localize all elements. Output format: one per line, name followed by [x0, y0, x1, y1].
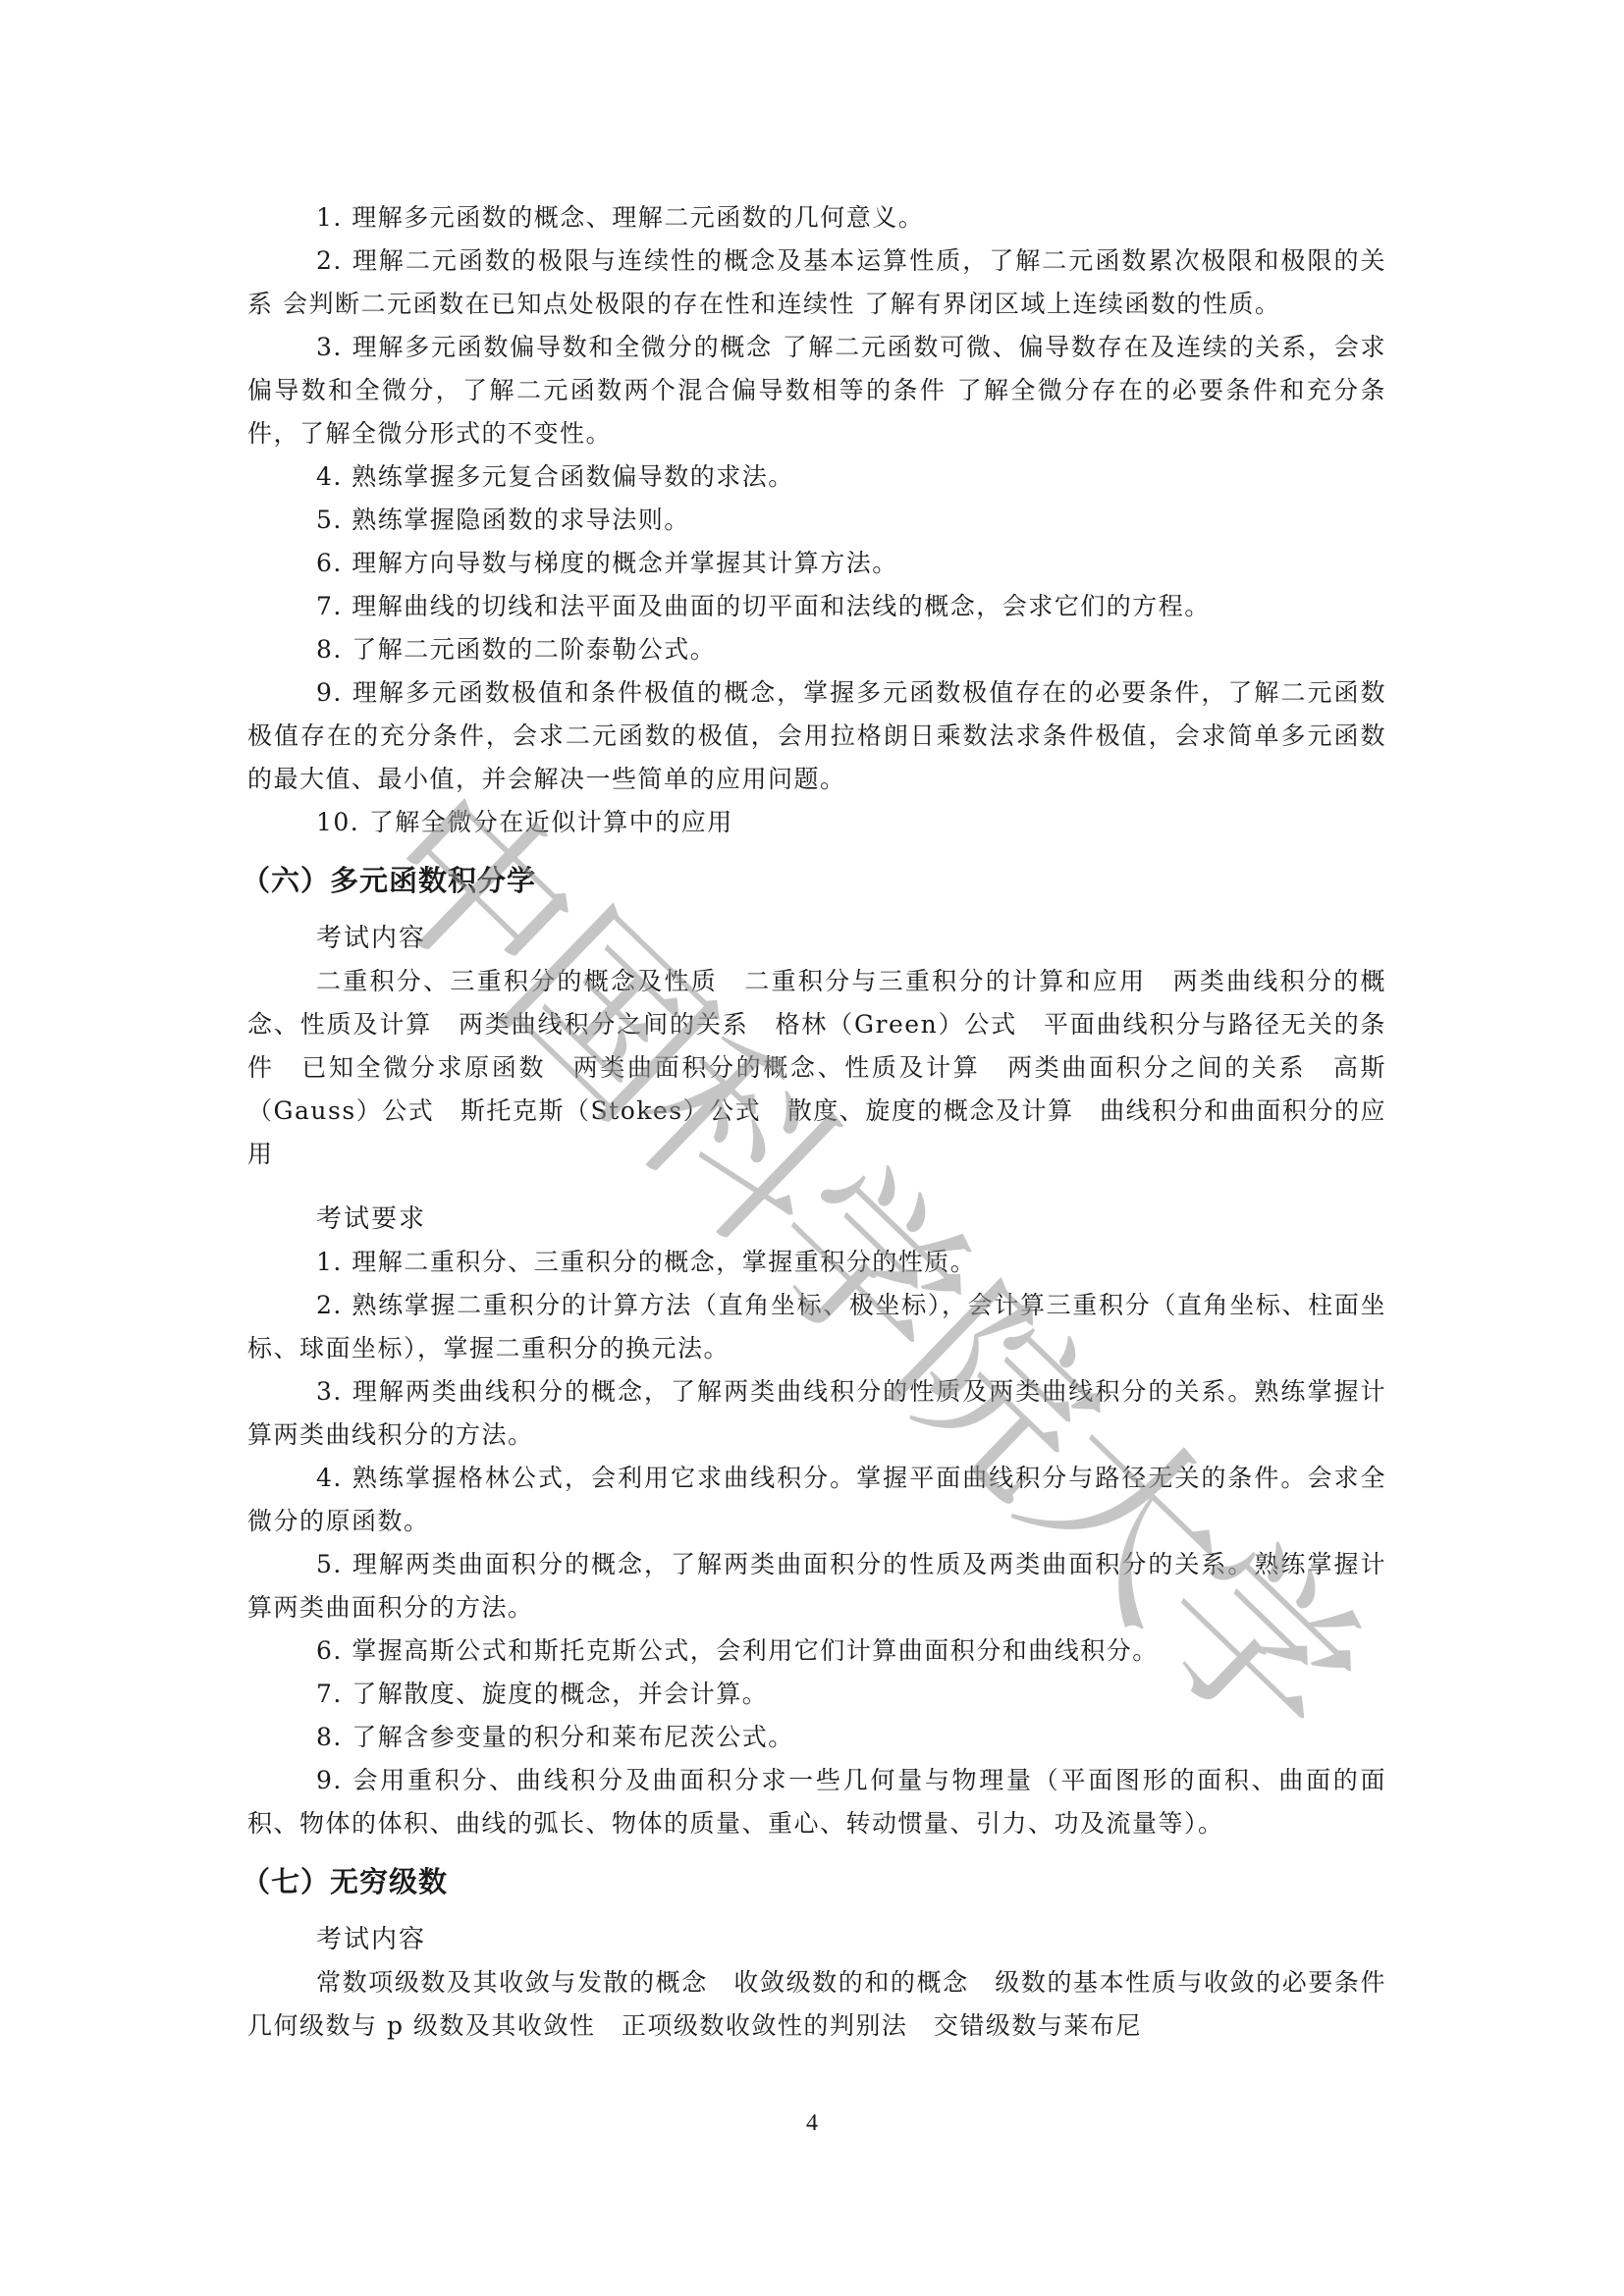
req-item-1: 1. 理解多元函数的概念、理解二元函数的几何意义。 — [247, 196, 1386, 240]
req-item-5: 5. 熟练掌握隐函数的求导法则。 — [247, 499, 1386, 542]
section-heading-7: （七）无穷级数 — [242, 1857, 1386, 1906]
exam-content-label: 考试内容 — [247, 917, 1386, 960]
req-item-7: 7. 理解曲线的切线和法平面及曲面的切平面和法线的概念，会求它们的方程。 — [247, 585, 1386, 628]
spacer — [247, 1176, 1386, 1198]
req-item-2: 2. 理解二元函数的极限与连续性的概念及基本运算性质，了解二元函数累次极限和极限… — [247, 240, 1386, 326]
req-item-6: 6. 理解方向导数与梯度的概念并掌握其计算方法。 — [247, 542, 1386, 585]
page-number: 4 — [0, 2110, 1624, 2137]
req-item-9: 9. 理解多元函数极值和条件极值的概念，掌握多元函数极值存在的必要条件，了解二元… — [247, 671, 1386, 801]
s6-req-item-7: 7. 了解散度、旋度的概念，并会计算。 — [247, 1673, 1386, 1716]
exam-content-text: 二重积分、三重积分的概念及性质 二重积分与三重积分的计算和应用 两类曲线积分的概… — [247, 960, 1386, 1176]
s6-req-item-4: 4. 熟练掌握格林公式，会利用它求曲线积分。掌握平面曲线积分与路径无关的条件。会… — [247, 1457, 1386, 1543]
s6-req-item-3: 3. 理解两类曲线积分的概念，了解两类曲线积分的性质及两类曲线积分的关系。熟练掌… — [247, 1370, 1386, 1457]
req-item-4: 4. 熟练掌握多元复合函数偏导数的求法。 — [247, 455, 1386, 499]
section-heading-6: （六）多元函数积分学 — [242, 856, 1386, 905]
document-page: 1. 理解多元函数的概念、理解二元函数的几何意义。 2. 理解二元函数的极限与连… — [247, 196, 1386, 2048]
s6-req-item-5: 5. 理解两类曲面积分的概念，了解两类曲面积分的性质及两类曲面积分的关系。熟练掌… — [247, 1543, 1386, 1629]
s6-req-item-8: 8. 了解含参变量的积分和莱布尼茨公式。 — [247, 1716, 1386, 1759]
s7-exam-content-text: 常数项级数及其收敛与发散的概念 收敛级数的和的概念 级数的基本性质与收敛的必要条… — [247, 1961, 1386, 2048]
s6-req-item-2: 2. 熟练掌握二重积分的计算方法（直角坐标、极坐标），会计算三重积分（直角坐标、… — [247, 1284, 1386, 1370]
req-item-10: 10. 了解全微分在近似计算中的应用 — [247, 801, 1386, 844]
req-item-8: 8. 了解二元函数的二阶泰勒公式。 — [247, 628, 1386, 671]
s7-exam-content-label: 考试内容 — [247, 1918, 1386, 1961]
s6-req-item-9: 9. 会用重积分、曲线积分及曲面积分求一些几何量与物理量（平面图形的面积、曲面的… — [247, 1759, 1386, 1845]
s6-req-item-6: 6. 掌握高斯公式和斯托克斯公式，会利用它们计算曲面积分和曲线积分。 — [247, 1629, 1386, 1673]
exam-requirements-label: 考试要求 — [247, 1198, 1386, 1241]
s6-req-item-1: 1. 理解二重积分、三重积分的概念，掌握重积分的性质。 — [247, 1241, 1386, 1284]
req-item-3: 3. 理解多元函数偏导数和全微分的概念 了解二元函数可微、偏导数存在及连续的关系… — [247, 326, 1386, 455]
